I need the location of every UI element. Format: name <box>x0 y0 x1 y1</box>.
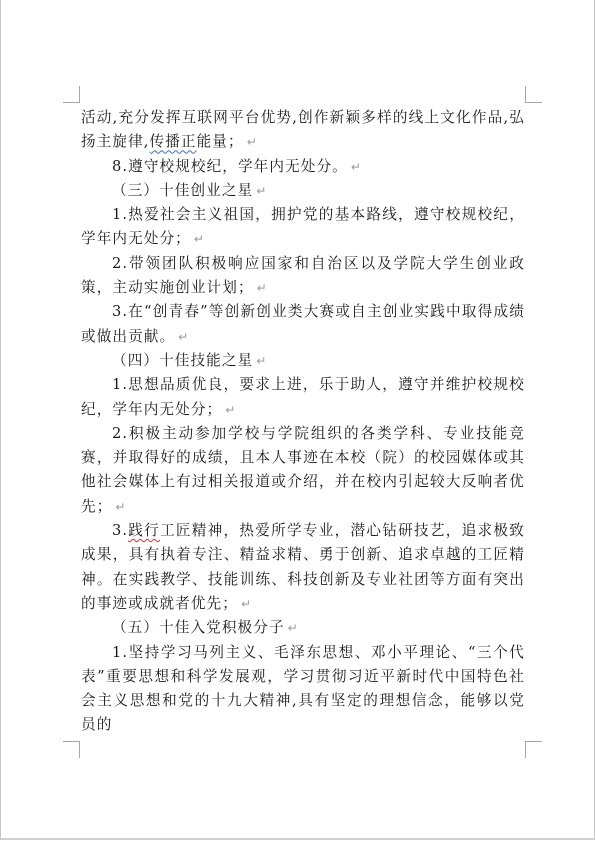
paragraph-mark-icon: ↵ <box>178 330 188 344</box>
paragraph-text: 3.在“创青春”等创新创业类大赛或自主创业实践中取得成绩或做出贡献。 <box>81 303 525 344</box>
section-heading[interactable]: （三）十佳创业之星↵ <box>81 179 525 203</box>
paragraph-text: 8.遵守校规校纪，学年内无处分。 <box>112 158 348 175</box>
paragraph-mark-icon: ↵ <box>257 281 267 295</box>
paragraph-mark-icon: ↵ <box>256 354 266 368</box>
document-body[interactable]: 活动,充分发挥互联网平台优势,创作新颖多样的线上文化作品,弘扬主旋律,传播正能量… <box>81 106 525 738</box>
document-page: 活动,充分发挥互联网平台优势,创作新颖多样的线上文化作品,弘扬主旋律,传播正能量… <box>0 0 595 840</box>
paragraph-text: 2.带领团队积极响应国家和自治区以及学院大学生创业政策，主动实施创业计划； <box>81 255 525 296</box>
margin-corner-mark-top-right <box>525 86 542 103</box>
margin-corner-mark-top-left <box>63 86 80 103</box>
paragraph-mark-icon: ↵ <box>241 597 251 611</box>
paragraph[interactable]: 1.热爱社会主义祖国，拥护党的基本路线，遵守校规校纪，学年内无处分；↵ <box>81 203 525 252</box>
spelling-flagged-text: 践行 <box>128 522 160 539</box>
paragraph-text: 3. <box>112 522 128 539</box>
paragraph-mark-icon: ↵ <box>247 135 257 149</box>
section-heading[interactable]: （五）十佳入党积极分子↵ <box>81 616 525 640</box>
paragraph[interactable]: 1.思想品质优良，要求上进，乐于助人，遵守并维护校规校纪，学年内无处分；↵ <box>81 373 525 422</box>
paragraph[interactable]: 3.在“创青春”等创新创业类大赛或自主创业实践中取得成绩或做出贡献。↵ <box>81 300 525 349</box>
paragraph-text: （四）十佳技能之星 <box>112 352 253 369</box>
paragraph-mark-icon: ↵ <box>256 184 266 198</box>
paragraph-text: 活动,充分发挥互联网平台优势,创作新颖多样的线上文化作品,弘扬主旋律, <box>81 109 525 150</box>
paragraph-text: 1.热爱社会主义祖国，拥护党的基本路线，遵守校规校纪，学年内无处分； <box>81 206 525 247</box>
paragraph-text: （五）十佳入党积极分子 <box>112 619 285 636</box>
paragraph-text: 1.坚持学习马列主义、毛泽东思想、邓小平理论、“三个代表”重要思想和科学发展观，… <box>81 644 525 734</box>
paragraph-text: 2.积极主动参加学校与学院组织的各类学科、专业技能竞赛，并取得好的成绩，且本人事… <box>81 425 525 515</box>
paragraph[interactable]: 3.践行工匠精神，热爱所学专业，潜心钻研技艺，追求极致成果，具有执着专注、精益求… <box>81 519 525 616</box>
grammar-flagged-text: 传播正 <box>150 133 197 150</box>
paragraph[interactable]: 1.坚持学习马列主义、毛泽东思想、邓小平理论、“三个代表”重要思想和科学发展观，… <box>81 641 525 738</box>
paragraph[interactable]: 活动,充分发挥互联网平台优势,创作新颖多样的线上文化作品,弘扬主旋律,传播正能量… <box>81 106 525 155</box>
margin-corner-mark-bottom-left <box>63 741 80 758</box>
paragraph-mark-icon: ↵ <box>288 621 298 635</box>
paragraph-mark-icon: ↵ <box>225 403 235 417</box>
paragraph-mark-icon: ↵ <box>194 232 204 246</box>
paragraph[interactable]: 2.带领团队积极响应国家和自治区以及学院大学生创业政策，主动实施创业计划；↵ <box>81 252 525 301</box>
paragraph-text: 1.思想品质优良，要求上进，乐于助人，遵守并维护校规校纪，学年内无处分； <box>81 376 525 417</box>
paragraph-mark-icon: ↵ <box>351 160 361 174</box>
paragraph[interactable]: 8.遵守校规校纪，学年内无处分。↵ <box>81 155 525 179</box>
margin-corner-mark-bottom-right <box>525 741 542 758</box>
paragraph[interactable]: 2.积极主动参加学校与学院组织的各类学科、专业技能竞赛，并取得好的成绩，且本人事… <box>81 422 525 519</box>
paragraph-mark-icon: ↵ <box>115 500 125 514</box>
paragraph-text: 能量； <box>197 133 244 150</box>
section-heading[interactable]: （四）十佳技能之星↵ <box>81 349 525 373</box>
paragraph-text: （三）十佳创业之星 <box>112 182 253 199</box>
